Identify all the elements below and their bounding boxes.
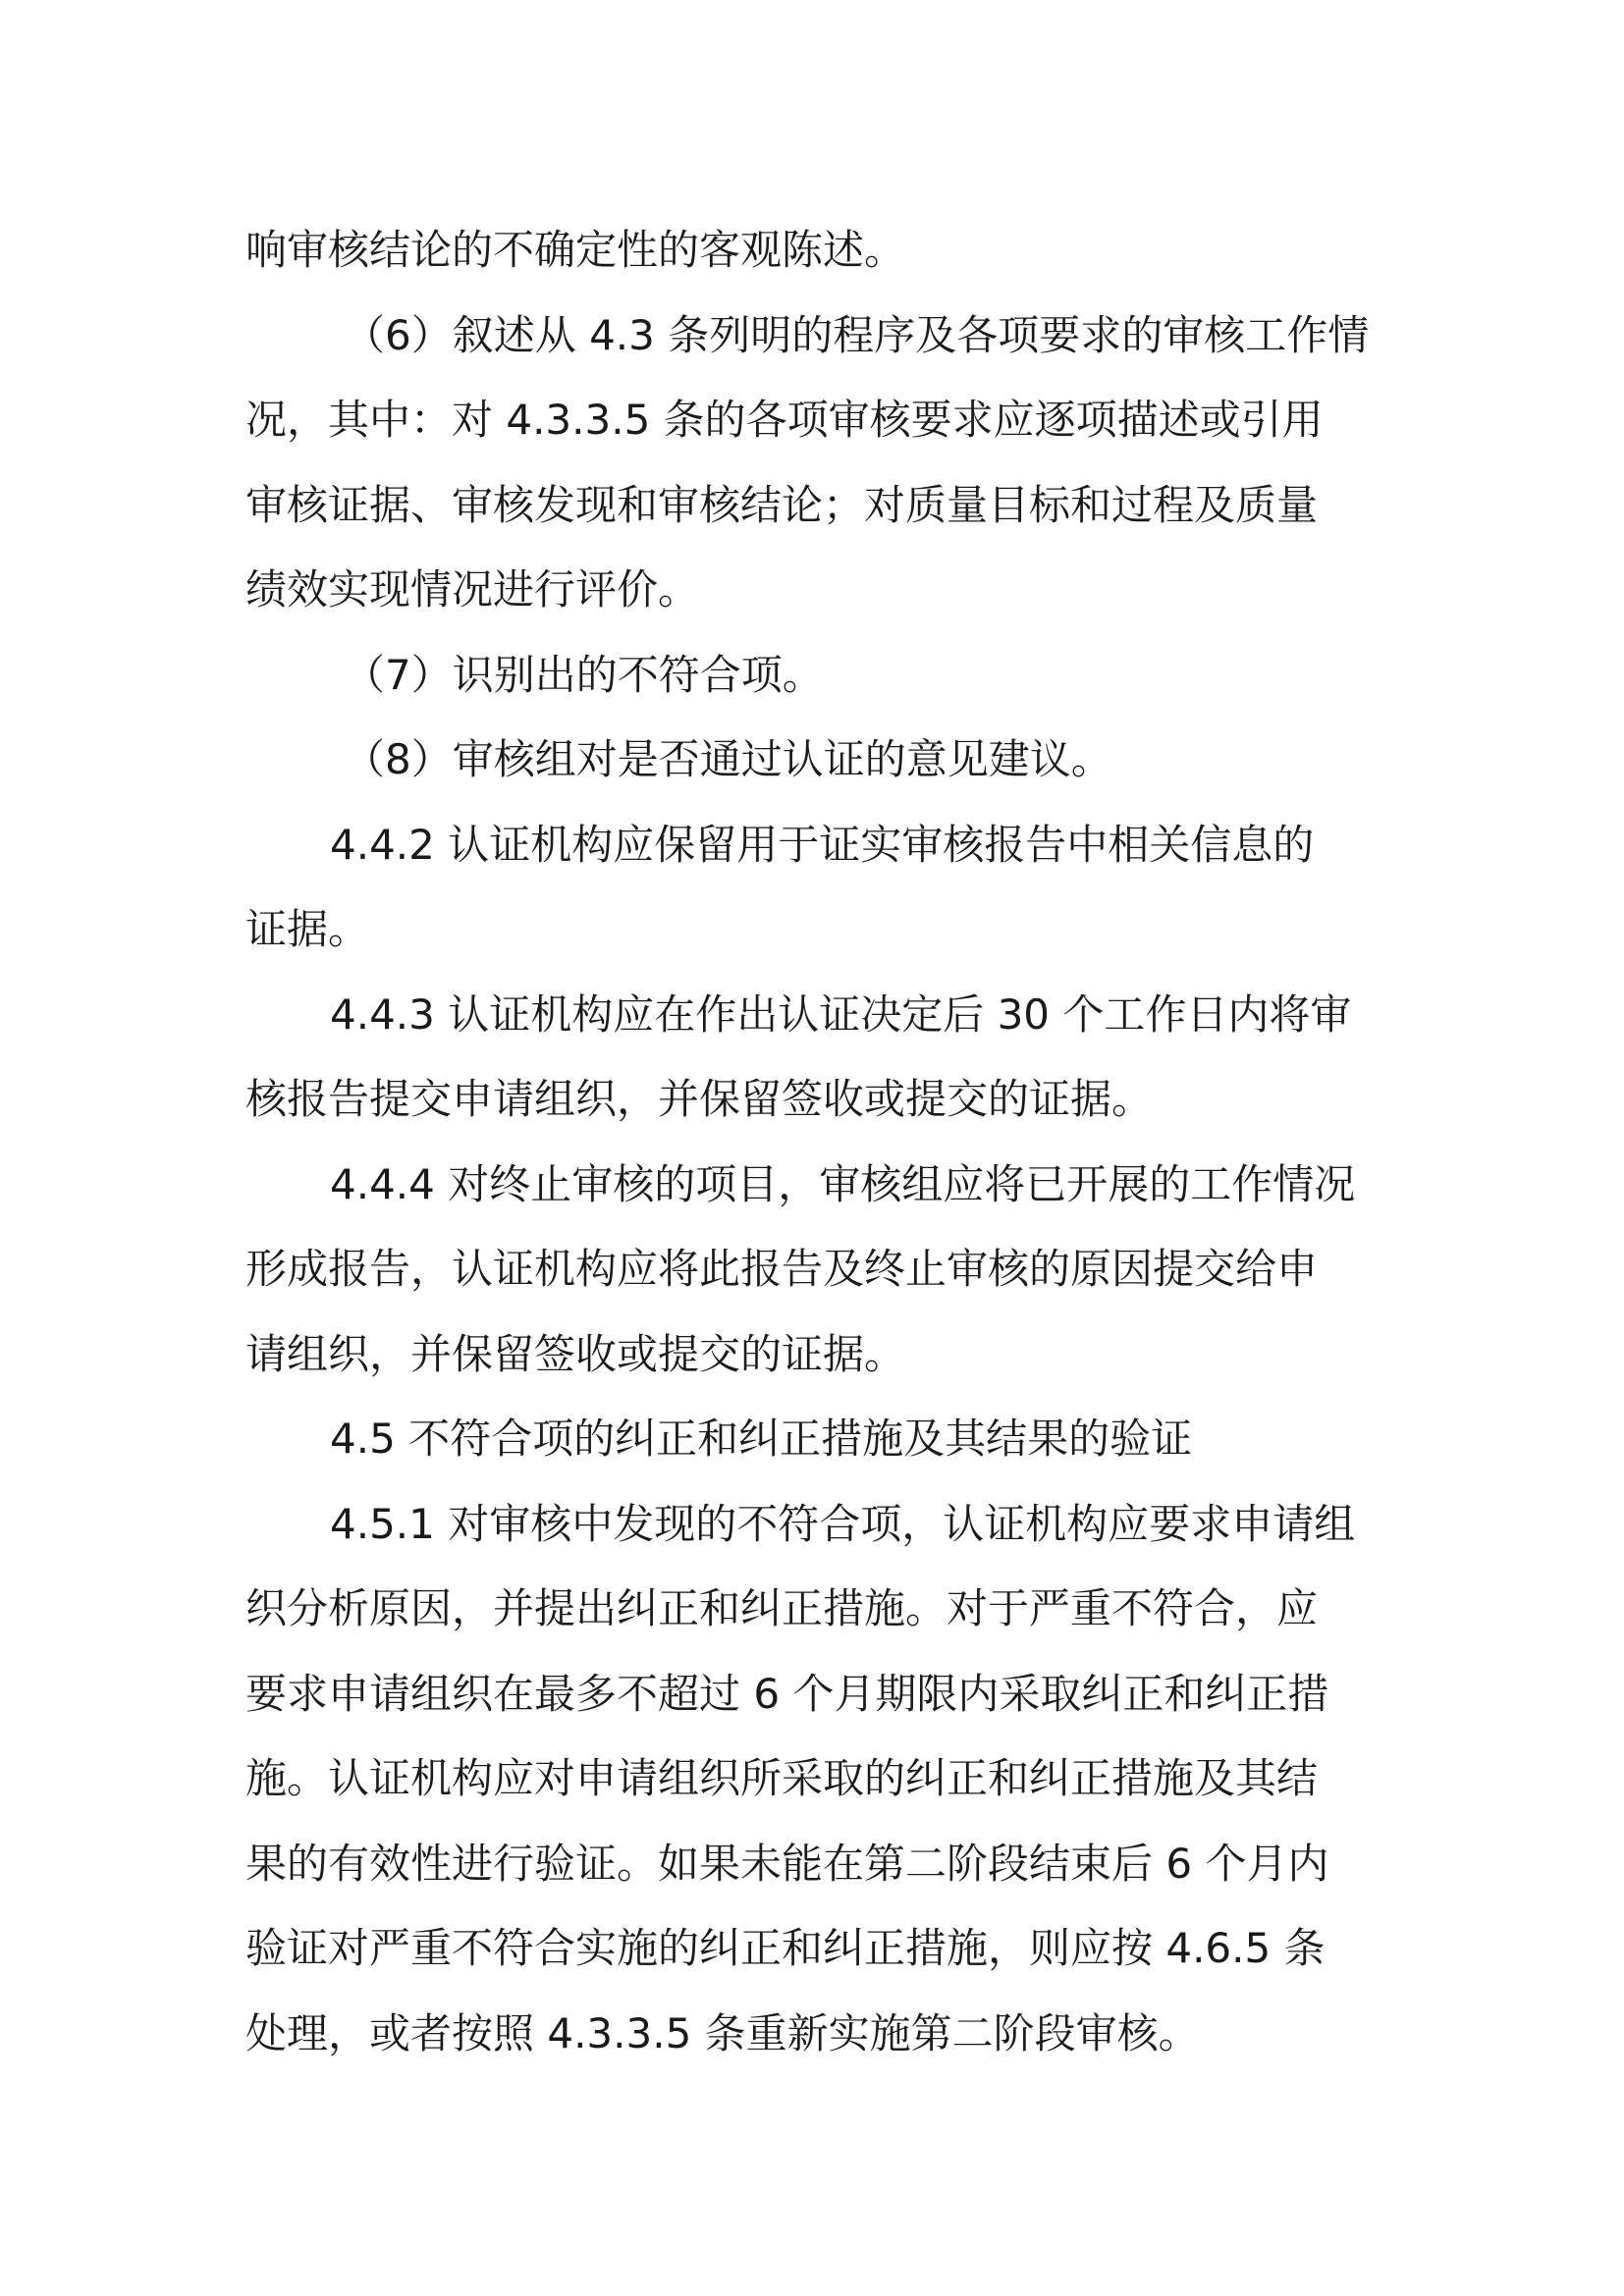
text-line: 4.4.3 认证机构应在作出认证决定后 30 个工作日内将审 <box>245 973 1389 1058</box>
text-line: （6）叙述从 4.3 条列明的程序及各项要求的审核工作情 <box>245 294 1389 379</box>
paragraph-item-6: （6）叙述从 4.3 条列明的程序及各项要求的审核工作情 况，其中：对 4.3.… <box>245 294 1389 633</box>
text-line: 施。认证机构应对申请组织所采取的纠正和纠正措施及其结 <box>245 1736 1389 1822</box>
text-line: 处理，或者按照 4.3.3.5 条重新实施第二阶段审核。 <box>245 1992 1389 2077</box>
text-line: （7）识别出的不符合项。 <box>245 633 1389 719</box>
text-line: 4.4.2 认证机构应保留用于证实审核报告中相关信息的 <box>245 803 1389 888</box>
text-line: 形成报告，认证机构应将此报告及终止审核的原因提交给申 <box>245 1227 1389 1312</box>
text-line: 绩效实现情况进行评价。 <box>245 548 1389 633</box>
paragraph-4-4-3: 4.4.3 认证机构应在作出认证决定后 30 个工作日内将审 核报告提交申请组织… <box>245 973 1389 1143</box>
text-line: 4.4.4 对终止审核的项目，审核组应将已开展的工作情况 <box>245 1143 1389 1228</box>
paragraph-item-8: （8）审核组对是否通过认证的意见建议。 <box>245 718 1389 803</box>
text-line: 响审核结论的不确定性的客观陈述。 <box>245 208 1389 294</box>
text-line: 织分析原因，并提出纠正和纠正措施。对于严重不符合，应 <box>245 1567 1389 1652</box>
section-heading-4-5: 4.5 不符合项的纠正和纠正措施及其结果的验证 <box>245 1397 1389 1482</box>
text-line: 况，其中：对 4.3.3.5 条的各项审核要求应逐项描述或引用 <box>245 378 1389 463</box>
text-line: 核报告提交申请组织，并保留签收或提交的证据。 <box>245 1057 1389 1143</box>
text-line: 请组织，并保留签收或提交的证据。 <box>245 1312 1389 1398</box>
text-line: 4.5 不符合项的纠正和纠正措施及其结果的验证 <box>245 1397 1389 1482</box>
paragraph-4-5-1: 4.5.1 对审核中发现的不符合项，认证机构应要求申请组 织分析原因，并提出纠正… <box>245 1482 1389 2077</box>
text-line: 验证对严重不符合实施的纠正和纠正措施，则应按 4.6.5 条 <box>245 1906 1389 1992</box>
text-line: 要求申请组织在最多不超过 6 个月期限内采取纠正和纠正措 <box>245 1652 1389 1737</box>
text-line: 果的有效性进行验证。如果未能在第二阶段结束后 6 个月内 <box>245 1822 1389 1907</box>
text-line: 证据。 <box>245 887 1389 973</box>
document-page: 响审核结论的不确定性的客观陈述。 （6）叙述从 4.3 条列明的程序及各项要求的… <box>245 208 1389 2076</box>
paragraph-4-4-4: 4.4.4 对终止审核的项目，审核组应将已开展的工作情况 形成报告，认证机构应将… <box>245 1143 1389 1398</box>
text-line: 4.5.1 对审核中发现的不符合项，认证机构应要求申请组 <box>245 1482 1389 1568</box>
paragraph-item-7: （7）识别出的不符合项。 <box>245 633 1389 719</box>
text-line: 审核证据、审核发现和审核结论；对质量目标和过程及质量 <box>245 463 1389 549</box>
paragraph-4-4-2: 4.4.2 认证机构应保留用于证实审核报告中相关信息的 证据。 <box>245 803 1389 973</box>
text-line: （8）审核组对是否通过认证的意见建议。 <box>245 718 1389 803</box>
paragraph-continuation: 响审核结论的不确定性的客观陈述。 <box>245 208 1389 294</box>
